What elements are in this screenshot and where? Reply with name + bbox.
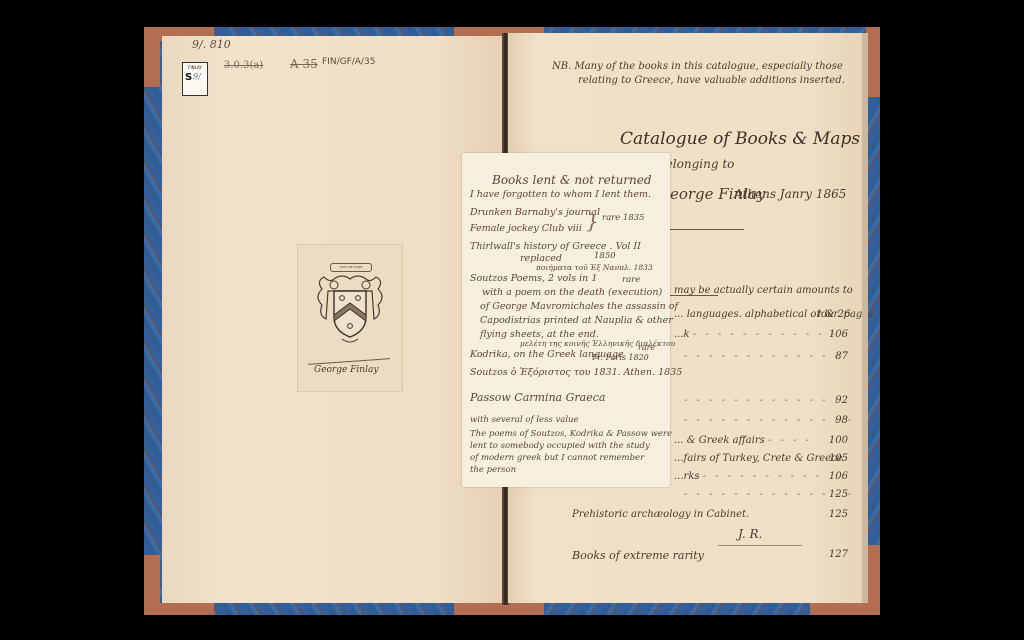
insert-title: Books lent & not returned [492, 173, 652, 187]
leather-spine-bottom [454, 603, 544, 615]
toc-page-7: 106 [816, 471, 848, 482]
catalogue-place-date: Athens Janry 1865 [734, 187, 846, 201]
toc-label-7: ...rks - - - - - - - - - - [674, 471, 822, 482]
signature-flourish [308, 358, 390, 365]
insert-line-6: with a poem on the death (execution) [482, 287, 662, 298]
bracket-note: rare 1835 [602, 213, 645, 223]
kodrika-place: Fr. Paris 1820 [592, 353, 649, 362]
nb-note-line-2: relating to Greece, have valuable additi… [578, 75, 845, 86]
insert-line-8: Capodistrias printed at Nauplia & other [480, 315, 673, 326]
toc-page-5: 100 [816, 435, 848, 446]
initials: J. R. [738, 527, 762, 541]
open-book: 9/. 810 FINLAY S 9/ 3.0.3(a) A 35 FIN/GF… [144, 27, 880, 615]
toc-page-8: 125 [816, 489, 848, 500]
leather-corner-top-left-side [144, 27, 160, 87]
insert-line-0: I have forgotten to whom I lent them. [470, 189, 651, 200]
bookplate: FAST BE WAIR George Finlay [297, 244, 403, 392]
initials-rule [718, 545, 802, 546]
leather-corner-bottom-left-side [144, 555, 160, 615]
toc-page-10: 127 [816, 549, 848, 560]
kodrika-note: rare [638, 343, 655, 352]
toc-label-5: ... & Greek affairs - - - - [674, 435, 812, 446]
toc-label-1: ...k - - - - - - - - - - - - [674, 329, 837, 340]
insert-line-17: the person [470, 465, 516, 475]
insert-line-16: of modern greek but I cannot remember [470, 453, 644, 463]
soutzos-note: rare [622, 275, 640, 285]
soutzos-greek: ποιήματα τοῦ Ἐξ Νανπλ. 1833 [536, 263, 653, 272]
page-edges [862, 33, 868, 603]
label-title: FINLAY [183, 65, 207, 70]
toc-page-2: 87 [816, 351, 848, 362]
insert-line-1: Drunken Barnaby's journal [470, 207, 600, 218]
insert-line-5: Soutzos Poems, 2 vols in 1 [470, 273, 597, 284]
finlay-library-label: FINLAY S 9/ [182, 62, 208, 96]
insert-line-15: lent to somebody occupied with the study [470, 441, 650, 451]
toc-page-6: 105 [816, 453, 848, 464]
insert-line-11: Soutzos ὁ Ἐξόριστος του 1831. Athen. 183… [470, 367, 682, 378]
insert-line-13: with several of less value [470, 415, 579, 425]
leather-corner-bottom-right-base [810, 603, 880, 615]
catalogue-title: Catalogue of Books & Maps [620, 129, 860, 149]
struck-code-1: 3.0.3(a) [224, 60, 263, 71]
toc-page-1: 106 [816, 329, 848, 340]
label-number: 9/ [193, 72, 201, 81]
note-rule [668, 295, 718, 296]
insert-line-14: The poems of Soutzos, Kodrika & Passow w… [470, 429, 672, 439]
insert-line-7: of George Mavromichales the assassin of [480, 301, 678, 312]
call-number: FIN/GF/A/35 [322, 57, 375, 67]
toc-page-0: 1 & 26 [816, 309, 848, 320]
struck-code-2: A 35 [290, 57, 318, 71]
insert-line-2: Female jockey Club viii [470, 223, 582, 234]
toc-page-9: 125 [816, 509, 848, 520]
label-letter: S [185, 72, 192, 83]
leather-corner-top-right [866, 27, 880, 97]
coat-of-arms-icon [312, 271, 388, 351]
thirlwall-year: 1850 [594, 251, 616, 261]
bookplate-signature: George Finlay [314, 365, 378, 375]
shelfmark-top: 9/. 810 [192, 38, 231, 51]
title-rule [668, 229, 744, 230]
insert-line-12: Passow Carmina Graeca [470, 391, 605, 404]
toc-label-10: Books of extreme rarity [572, 549, 704, 562]
inserted-note-sheet: Books lent & not returned I have forgott… [462, 153, 670, 487]
toc-page-3: 92 [816, 395, 848, 406]
nb-note-line-1: NB. Many of the books in this catalogue,… [552, 61, 843, 72]
left-page: 9/. 810 FINLAY S 9/ 3.0.3(a) A 35 FIN/GF… [162, 36, 504, 603]
bracket: } [586, 209, 599, 233]
toc-label-9: Prehistoric archæology in Cabinet. [572, 509, 749, 520]
toc-page-4: 98 [816, 415, 848, 426]
